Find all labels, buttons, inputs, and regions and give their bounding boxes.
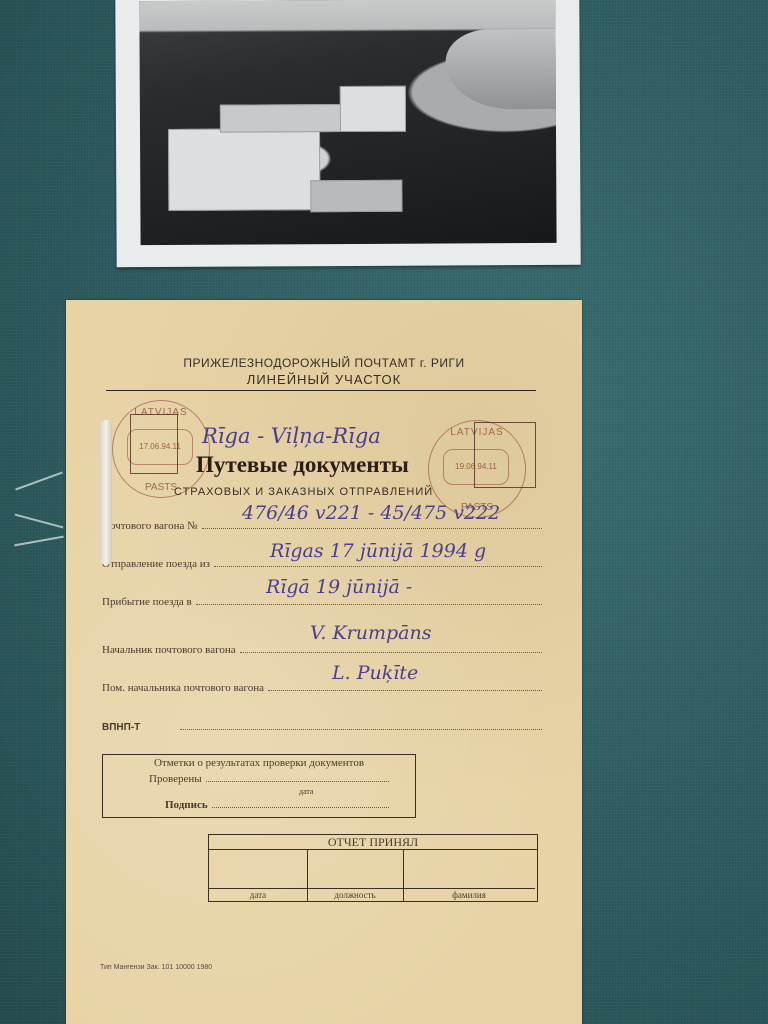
sea-area (445, 29, 555, 110)
document-subtitle: СТРАХОВЫХ И ЗАКАЗНЫХ ОТПРАВЛЕНИЙ (174, 486, 433, 498)
main-building-block (220, 104, 342, 133)
report-accepted-box: ОТЧЕТ ПРИНЯЛ дата должность фамилия (208, 834, 538, 902)
field-assistant-chief: Пом. начальника почтового вагона (102, 682, 542, 694)
report-col-position: должность (307, 850, 404, 901)
check-box-title: Отметки о результатах проверки документо… (103, 757, 415, 769)
field-label: ВПНП-Т (102, 722, 140, 733)
field-label: Начальник почтового вагона (102, 644, 236, 656)
field-value-mail-car-number: 476/46 v221 - 45/475 v222 (242, 502, 500, 524)
field-label: Пом. начальника почтового вагона (102, 682, 264, 694)
report-box-title: ОТЧЕТ ПРИНЯЛ (209, 835, 537, 850)
header-line-2: ЛИНЕЙНЫЙ УЧАСТОК (66, 372, 582, 387)
col-caption: должность (307, 888, 403, 900)
field-value-assistant-chief: L. Puķīte (332, 662, 418, 684)
document-title: Путевые документы (196, 452, 409, 478)
col-caption: дата (209, 888, 307, 900)
field-vpnp-t: ВПНП-Т (102, 722, 542, 733)
field-value-departure: Rīgas 17 jūnijā 1994 g (270, 540, 486, 562)
header-line-1: ПРИЖЕЛЕЗНОДОРОЖНЫЙ ПОЧТАМТ г. РИГИ (66, 356, 582, 370)
field-label: Почтового вагона № (102, 520, 198, 532)
photo-image (139, 0, 556, 245)
string-fray (14, 536, 64, 547)
date-caption: дата (299, 787, 314, 796)
field-label: Прибытие поезда в (102, 596, 192, 608)
stamp-frame-right (474, 422, 536, 488)
document-check-box: Отметки о результатах проверки документо… (102, 754, 416, 818)
report-col-surname: фамилия (403, 850, 535, 901)
stamp-frame-left (130, 414, 178, 474)
col-caption: фамилия (403, 888, 535, 900)
report-col-date: дата (209, 850, 308, 901)
header-divider (106, 390, 536, 391)
field-value-car-chief: V. Krumpāns (310, 622, 432, 644)
travel-document: ПРИЖЕЛЕЗНОДОРОЖНЫЙ ПОЧТАМТ г. РИГИ ЛИНЕЙ… (66, 300, 582, 1024)
photo-print (115, 0, 580, 267)
rear-building (340, 86, 406, 132)
binding-string (100, 420, 112, 565)
field-label: Отправление поезда из (102, 558, 210, 570)
signature-label: Подпись (165, 799, 208, 811)
checked-row: Проверены (149, 773, 389, 785)
checked-label: Проверены (149, 773, 202, 785)
terrace (310, 180, 402, 212)
route-handwritten: Rīga - Viļņa-Rīga (202, 424, 381, 448)
string-fray (15, 472, 63, 491)
signature-row: Подпись (165, 799, 389, 811)
field-value-arrival: Rīgā 19 jūnijā - (266, 576, 412, 598)
field-car-chief: Начальник почтового вагона (102, 644, 542, 656)
string-fray (15, 514, 64, 529)
printer-imprint: Тип Мангензи Зак. 101 10000 1980 (100, 964, 212, 971)
sanatorium-building (168, 128, 320, 211)
